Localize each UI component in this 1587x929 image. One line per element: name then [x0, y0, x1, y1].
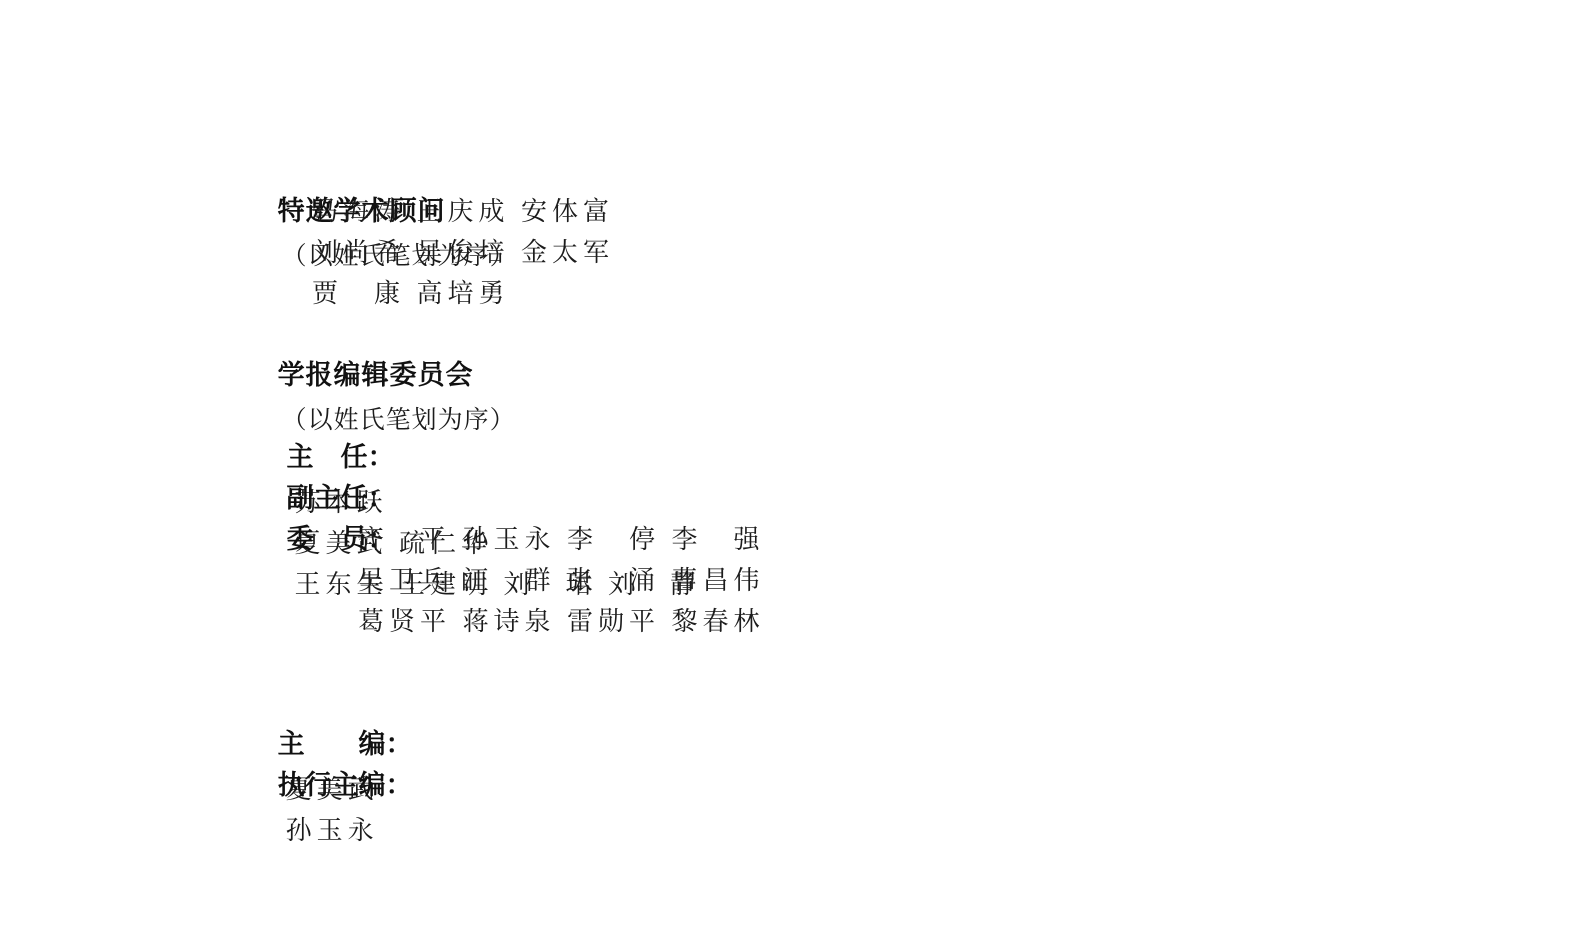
chief-editor-label: 主 编： — [278, 724, 413, 765]
board-sort-note: （以姓氏笔划为序） — [282, 407, 516, 434]
editors-section: 主 编： 夏美武 执行主编： 孙玉永 — [242, 683, 765, 765]
chief-editor-line: 主 编： 夏美武 — [242, 683, 765, 724]
board-heading: 学报编辑委员会 — [278, 360, 474, 390]
advisors-heading-line: 特邀学术顾问 （以姓氏笔划为序） — [242, 150, 765, 191]
advisor-row: 贾 康 高培勇 — [242, 273, 765, 314]
board-heading-line: 学报编辑委员会 （以姓氏笔划为序） — [242, 314, 765, 355]
director-label: 主 任： — [286, 437, 394, 478]
advisor-row: 马海涛 王庆成 安体富 — [242, 191, 765, 232]
advisors-section: 特邀学术顾问 （以姓氏笔划为序） 马海涛 王庆成 安体富 刘尚希 吴俊培 金太军… — [242, 150, 765, 314]
executive-editor-label: 执行主编： — [278, 765, 413, 806]
executive-editor-names: 孙玉永 — [286, 816, 379, 845]
deputy-director-label: 副主任： — [286, 478, 394, 519]
editorial-board-section: 学报编辑委员会 （以姓氏笔划为序） 主 任： 苏本跃 副主任： 夏美武 疏仁华 … — [242, 314, 765, 642]
document-page: 特邀学术顾问 （以姓氏笔划为序） 马海涛 王庆成 安体富 刘尚希 吴俊培 金太军… — [0, 0, 1587, 929]
advisor-row: 刘尚希 吴俊培 金太军 — [242, 232, 765, 273]
members-row: 葛贤平 蒋诗泉 雷勋平 黎春林 — [242, 601, 765, 642]
masthead-text-block: 特邀学术顾问 （以姓氏笔划为序） 马海涛 王庆成 安体富 刘尚希 吴俊培 金太军… — [242, 150, 765, 765]
